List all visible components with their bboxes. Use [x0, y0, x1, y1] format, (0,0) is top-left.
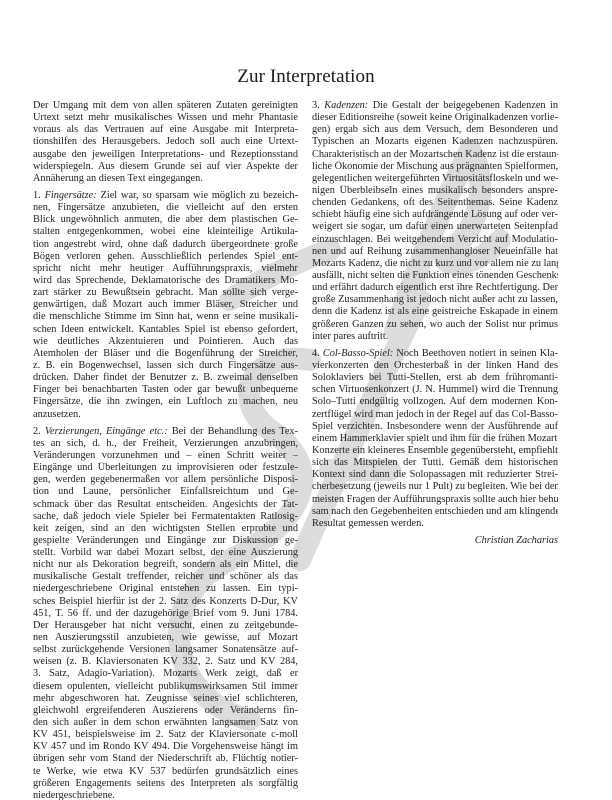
text-line: selbst zurückgehende Versionen langsamer… — [33, 644, 298, 656]
line-text: schen Ideen entwickelt. Kantables Spiel … — [33, 324, 298, 335]
line-text: KV 451, beispielsweise im 2. Satz der Kl… — [33, 729, 298, 740]
text-line: Kontext sind dann die Solopassagen mit r… — [312, 469, 558, 481]
line-text: Konzerte ein kleineres Ensemble gegenübe… — [312, 445, 558, 456]
line-text: Charakteristisch an der Mozartschen Kade… — [312, 149, 558, 160]
line-text: Fingersätze, die ihn zwingen, ein Luftlo… — [33, 396, 298, 407]
line-text: Der Herausgeber hat nicht versucht, eine… — [33, 620, 298, 631]
text-line: liche Ökonomie der Mischung aus prägnant… — [312, 161, 558, 173]
text-line: meisten Fragen der Aufführungspraxis sol… — [312, 494, 558, 506]
paragraph: 2. Verzierungen, Eingänge etc.: Bei der … — [33, 426, 298, 800]
line-text: Bei der Behandlung des Tex- — [168, 426, 298, 437]
paragraph: 1. Fingersätze: Ziel war, so sparsam wie… — [33, 190, 298, 421]
line-text: die menschliche Stimme im Sinn hat, wenn… — [33, 311, 298, 322]
text-line: diesem opulenten, vielleicht publikumswi… — [33, 681, 298, 693]
line-text: nen und auf Reihung zusammenhangloser Ne… — [312, 246, 558, 257]
text-line: die menschliche Stimme im Sinn hat, wenn… — [33, 311, 298, 323]
line-text: wie deutliches Akzentuieren und Pointier… — [33, 336, 298, 347]
text-line: weigert sie sogar, um dafür einen unerwa… — [312, 221, 558, 233]
line-text: große Zusammenhang ist jedoch nicht auße… — [312, 294, 558, 305]
line-text: gen, werden gegebenermaßen vor allem per… — [33, 474, 298, 485]
text-line: große Zusammenhang ist jedoch nicht auße… — [312, 294, 558, 306]
line-text: tes an sich, d. h., der Freiheit, Verzie… — [33, 438, 298, 449]
line-text: z. B. ein Bogenwechsel, lassen sich durc… — [33, 360, 298, 371]
line-text: chenden Gedankens, oft des Seitenthemas.… — [312, 197, 558, 208]
line-text: gleichwohl ergreifenderen Auszierens ode… — [33, 705, 298, 716]
line-text: Solo–Tutti endgültig vollzogen. Auf dem … — [312, 396, 558, 407]
line-text: gespielte Veränderungen und Eingänge zur… — [33, 535, 298, 546]
line-text: KV 457 und im Rondo KV 494. Die Vorgehen… — [33, 741, 298, 752]
line-text: niedergeschriebene Original entstehen zu… — [33, 583, 298, 594]
text-line: nicht nur als Dekoration begreift, sonde… — [33, 559, 298, 571]
text-line: wie deutliches Akzentuieren und Pointier… — [33, 336, 298, 348]
text-line: und erfährt dadurch eigentlich erst ihre… — [312, 282, 558, 294]
text-line: z. B. ein Bogenwechsel, lassen sich durc… — [33, 360, 298, 372]
text-line: den sich außer in dem schon erwähnten la… — [33, 717, 298, 729]
text-line: drücken. Daher findet der Benutzer z. B.… — [33, 372, 298, 384]
line-text: voraus als das Vertrauen auf eine Ausgab… — [33, 124, 298, 135]
text-line: Annäherung an diesen Text eingegangen. — [33, 173, 298, 185]
line-text: weigert sie sogar, um dafür einen unerwa… — [312, 221, 558, 232]
line-text: Bögen verloren gehen. Ausschließlich per… — [33, 251, 298, 262]
line-text: genwärtigen, daß Mozart auch immer Bläse… — [33, 299, 298, 310]
text-line: schiebt häufig eine sich aufdrängende Lö… — [312, 209, 558, 221]
line-text: Urtext setzt mehr musikalisches Wissen u… — [33, 112, 298, 123]
text-line: sich das Mitspielen der Tutti. Gemäß dem… — [312, 457, 558, 469]
line-text: tion angestrebt wird, ohne daß dadurch ü… — [33, 239, 298, 250]
line-text: Der Umgang mit dem von allen späteren Zu… — [33, 100, 298, 111]
text-line: Veränderungen vorzunehmen und – einen Sc… — [33, 450, 298, 462]
text-line: 3. Satz, Adagio-Variation). Mozarts Werk… — [33, 668, 298, 680]
line-text: drücken. Daher findet der Benutzer z. B.… — [33, 372, 298, 383]
text-line: nen und auf Reihung zusammenhangloser Ne… — [312, 246, 558, 258]
line-text: anzusetzen. — [33, 409, 81, 420]
line-text: schmack über das Resultat entscheiden. A… — [33, 499, 298, 510]
line-text: weisen (z. B. Klaviersonaten KV 332, 2. … — [33, 656, 298, 667]
text-line: anzusetzen. — [33, 409, 298, 421]
text-line: spricht nicht mehr heutiger Aufführungsp… — [33, 263, 298, 275]
line-text: sam nach den Gegebenheiten entschieden u… — [312, 506, 558, 517]
line-text: zertflügel wird man jedoch in der Regel … — [312, 409, 558, 420]
line-text: vierkonzerten den Orchesterbaß in der li… — [312, 360, 558, 371]
text-line: tion und Laune, persönlicher Einfallsrei… — [33, 486, 298, 498]
line-text: sches Beispiel hierfür ist der 2. Satz d… — [33, 596, 298, 607]
line-text: Kontext sind dann die Solopassagen mit r… — [312, 469, 558, 480]
line-text: Die Gestalt der beigegebenen Kadenzen in — [368, 100, 558, 111]
line-text: und erfährt dadurch eigentlich erst ihre… — [312, 282, 558, 293]
text-line: voraus als das Vertrauen auf eine Ausgab… — [33, 124, 298, 136]
text-line: mehr abgeschworen hat. Zeugnisse seines … — [33, 693, 298, 705]
text-line: Urtext setzt mehr musikalisches Wissen u… — [33, 112, 298, 124]
text-line: stalten entgegenkommen, wobei eine klein… — [33, 226, 298, 238]
line-text: nicht nur als Dekoration begreift, sonde… — [33, 559, 298, 570]
text-line: 2. Verzierungen, Eingänge etc.: Bei der … — [33, 426, 298, 438]
text-line: sache, daß jedoch viele Spieler bei Ferm… — [33, 511, 298, 523]
line-text: gen) ergab sich aus dem Versuch, dem Bes… — [312, 124, 558, 135]
line-text: sache, daß jedoch viele Spieler bei Ferm… — [33, 511, 298, 522]
text-line: stellt. Vorbild war dabei Mozart selbst,… — [33, 547, 298, 559]
section-number: 1. — [33, 190, 45, 201]
text-line: ausfällt, nicht selten die Funktion eine… — [312, 270, 558, 282]
text-line: KV 457 und im Rondo KV 494. Die Vorgehen… — [33, 741, 298, 753]
page-title: Zur Interpretation — [0, 66, 612, 88]
text-line: cherbesetzung (jeweils nur 1 Pult) zu be… — [312, 481, 558, 493]
section-number: 2. — [33, 426, 45, 437]
line-text: Atemholen der Bläser und die Bogenführun… — [33, 348, 298, 359]
text-line: größeren Engagements seitens des Interpr… — [33, 778, 298, 790]
text-line: KV 451, beispielsweise im 2. Satz der Kl… — [33, 729, 298, 741]
section-heading: Kadenzen: — [324, 100, 368, 111]
line-text: cherbesetzung (jeweils nur 1 Pult) zu be… — [312, 481, 558, 492]
text-line: weisen (z. B. Klaviersonaten KV 332, 2. … — [33, 656, 298, 668]
line-text: dieser Editionsreihe (soweit keine Origi… — [312, 112, 558, 123]
line-text: inter pares auftritt. — [312, 331, 388, 342]
text-line: größeren Ganzen zu sehen, wo auch der So… — [312, 319, 558, 331]
text-line: Spiel verzichten. Insbesondere wenn der … — [312, 421, 558, 433]
line-text: stellt. Vorbild war dabei Mozart selbst,… — [33, 547, 298, 558]
line-text: nen, Fingersätze anzubieten, die viellei… — [33, 202, 298, 213]
line-text: niedergeschriebene. — [33, 790, 115, 800]
text-line: zertflügel wird man jedoch in der Regel … — [312, 409, 558, 421]
line-text: Typischen an Mozarts eigenen Kadenzen na… — [312, 136, 558, 147]
line-text: Mozarts Kadenz, die nicht zu kurz und vo… — [312, 258, 558, 269]
text-line: dieser Editionsreihe (soweit keine Origi… — [312, 112, 558, 124]
text-line: Blick ungewöhnlich anmuten, die aber dem… — [33, 214, 298, 226]
text-line: Fingersätze, die ihn zwingen, ein Luftlo… — [33, 396, 298, 408]
line-text: Soloklaviers bei Tutti-Stellen, erst ab … — [312, 372, 558, 383]
text-line: keit zeigen, sind an den wichtigsten Ste… — [33, 523, 298, 535]
text-line: schmack über das Resultat entscheiden. A… — [33, 499, 298, 511]
line-text: spricht nicht mehr heutiger Aufführungsp… — [33, 263, 298, 274]
line-text: Noch Beethoven notiert in seinen Kla- — [393, 348, 558, 359]
line-text: schen Virtuosenkonzert (J. N. Hummel) wi… — [312, 384, 558, 395]
text-line: Bögen verloren gehen. Ausschließlich per… — [33, 251, 298, 263]
text-line: gelegentlichen weitergeführten Virtuosit… — [312, 173, 558, 185]
line-text: Finger bei benachbarten Tasten oder gar … — [33, 384, 298, 395]
text-line: 451, T. 56 ff. und der dazugehörige Brie… — [33, 608, 298, 620]
section-heading: Verzierungen, Eingänge etc.: — [45, 426, 168, 437]
line-text: ausgabe den jeweiligen Interpretations- … — [33, 149, 298, 160]
line-text: 3. Satz, Adagio-Variation). Mozarts Werk… — [33, 668, 298, 679]
text-line: Soloklaviers bei Tutti-Stellen, erst ab … — [312, 372, 558, 384]
line-text: einem Hammerklavier spielt und ihm für d… — [312, 433, 558, 444]
text-line: tionshilfen des Herausgebers. Jedoch sol… — [33, 136, 298, 148]
text-line: vierkonzerten den Orchesterbaß in der li… — [312, 360, 558, 372]
line-text: Eingänge und Überleitungen zu improvisie… — [33, 462, 298, 473]
text-line: Der Umgang mit dem von allen späteren Zu… — [33, 100, 298, 112]
text-line: gen, werden gegebenermaßen vor allem per… — [33, 474, 298, 486]
text-line: genwärtigen, daß Mozart auch immer Bläse… — [33, 299, 298, 311]
text-line: gen) ergab sich aus dem Versuch, dem Bes… — [312, 124, 558, 136]
paragraph: Der Umgang mit dem von allen späteren Zu… — [33, 100, 298, 185]
text-line: nen Auszierungsstil anzubieten, wie gewi… — [33, 632, 298, 644]
text-line: widerspiegeln. Aus diesem Grunde sei auf… — [33, 161, 298, 173]
line-text: stalten entgegenkommen, wobei eine klein… — [33, 226, 298, 237]
line-text: widerspiegeln. Aus diesem Grunde sei auf… — [33, 161, 298, 172]
section-heading: Fingersätze: — [45, 190, 97, 201]
line-text: größeren Ganzen zu sehen, wo auch der So… — [312, 319, 558, 330]
text-line: wird das Sprechende, Deklamatorische des… — [33, 275, 298, 287]
line-text: te Werke, wie etwa KV 537 bedürfen grund… — [33, 766, 298, 777]
line-text: Ziel war, so sparsam wie möglich zu beze… — [97, 190, 298, 201]
line-text: übrigen sehr vom Stand der Niederschrift… — [33, 753, 298, 764]
text-line: gespielte Veränderungen und Eingänge zur… — [33, 535, 298, 547]
text-line: Typischen an Mozarts eigenen Kadenzen na… — [312, 136, 558, 148]
line-text: den sich außer in dem schon erwähnten la… — [33, 717, 298, 728]
text-line: sam nach den Gegebenheiten entschieden u… — [312, 506, 558, 518]
text-line: Eingänge und Überleitungen zu improvisie… — [33, 462, 298, 474]
text-line: inter pares auftritt. — [312, 331, 558, 343]
line-text: keit zeigen, sind an den wichtigsten Ste… — [33, 523, 298, 534]
line-text: Resultat gemessen werden. — [312, 518, 424, 529]
line-text: tion und Laune, persönlicher Einfallsrei… — [33, 486, 298, 497]
text-line: 4. Col-Basso-Spiel: Noch Beethoven notie… — [312, 348, 558, 360]
line-text: nigen Überbleibseln eines musikalisch be… — [312, 185, 558, 196]
line-text: denn die Kadenz ist als eine geistreiche… — [312, 306, 558, 317]
text-line: Atemholen der Bläser und die Bogenführun… — [33, 348, 298, 360]
line-text: einzuschlagen. Bei weitgehendem Verzicht… — [312, 234, 558, 245]
text-line: niedergeschriebene Original entstehen zu… — [33, 583, 298, 595]
line-text: größeren Engagements seitens des Interpr… — [33, 778, 298, 789]
line-text: selbst zurückgehende Versionen langsamer… — [33, 644, 298, 655]
section-heading: Col-Basso-Spiel: — [323, 348, 393, 359]
section-number: 4. — [312, 348, 323, 359]
text-line: musikalische Gestalt treffender, reicher… — [33, 571, 298, 583]
line-text: wird das Sprechende, Deklamatorische des… — [33, 275, 298, 286]
text-line: Solo–Tutti endgültig vollzogen. Auf dem … — [312, 396, 558, 408]
text-line: chenden Gedankens, oft des Seitenthemas.… — [312, 197, 558, 209]
line-text: Spiel verzichten. Insbesondere wenn der … — [312, 421, 558, 432]
line-text: Blick ungewöhnlich anmuten, die aber dem… — [33, 214, 298, 225]
text-line: niedergeschriebene. — [33, 790, 298, 800]
line-text: ausfällt, nicht selten die Funktion eine… — [312, 270, 558, 281]
line-text: sich das Mitspielen der Tutti. Gemäß dem… — [312, 457, 558, 468]
right-column: 3. Kadenzen: Die Gestalt der beigegebene… — [312, 100, 558, 547]
line-text: meisten Fragen der Aufführungspraxis sol… — [312, 494, 558, 505]
text-line: nen, Fingersätze anzubieten, die viellei… — [33, 202, 298, 214]
text-line: nigen Überbleibseln eines musikalisch be… — [312, 185, 558, 197]
line-text: diesem opulenten, vielleicht publikumswi… — [33, 681, 298, 692]
document-page: Zur Interpretation Der Umgang mit dem vo… — [0, 0, 612, 800]
line-text: gelegentlichen weitergeführten Virtuosit… — [312, 173, 558, 184]
text-line: ausgabe den jeweiligen Interpretations- … — [33, 149, 298, 161]
text-line: tes an sich, d. h., der Freiheit, Verzie… — [33, 438, 298, 450]
text-line: 1. Fingersätze: Ziel war, so sparsam wie… — [33, 190, 298, 202]
text-line: Konzerte ein kleineres Ensemble gegenübe… — [312, 445, 558, 457]
text-line: gleichwohl ergreifenderen Auszierens ode… — [33, 705, 298, 717]
text-line: einem Hammerklavier spielt und ihm für d… — [312, 433, 558, 445]
text-line: übrigen sehr vom Stand der Niederschrift… — [33, 753, 298, 765]
text-line: einzuschlagen. Bei weitgehendem Verzicht… — [312, 234, 558, 246]
text-line: denn die Kadenz ist als eine geistreiche… — [312, 306, 558, 318]
line-text: musikalische Gestalt treffender, reicher… — [33, 571, 298, 582]
text-line: zart stärker zu Bewußtsein gebracht. Man… — [33, 287, 298, 299]
text-line: schen Ideen entwickelt. Kantables Spiel … — [33, 324, 298, 336]
paragraph: 4. Col-Basso-Spiel: Noch Beethoven notie… — [312, 348, 558, 530]
paragraph: 3. Kadenzen: Die Gestalt der beigegebene… — [312, 100, 558, 343]
text-line: sches Beispiel hierfür ist der 2. Satz d… — [33, 596, 298, 608]
section-number: 3. — [312, 100, 324, 111]
left-column: Der Umgang mit dem von allen späteren Zu… — [33, 100, 298, 800]
line-text: Veränderungen vorzunehmen und – einen Sc… — [33, 450, 298, 461]
line-text: nen Auszierungsstil anzubieten, wie gewi… — [33, 632, 298, 643]
text-line: Der Herausgeber hat nicht versucht, eine… — [33, 620, 298, 632]
line-text: schiebt häufig eine sich aufdrängende Lö… — [312, 209, 558, 220]
text-line: Mozarts Kadenz, die nicht zu kurz und vo… — [312, 258, 558, 270]
text-line: 3. Kadenzen: Die Gestalt der beigegebene… — [312, 100, 558, 112]
line-text: mehr abgeschworen hat. Zeugnisse seines … — [33, 693, 298, 704]
line-text: liche Ökonomie der Mischung aus prägnant… — [312, 161, 558, 172]
line-text: Annäherung an diesen Text eingegangen. — [33, 173, 203, 184]
text-line: schen Virtuosenkonzert (J. N. Hummel) wi… — [312, 384, 558, 396]
text-line: te Werke, wie etwa KV 537 bedürfen grund… — [33, 766, 298, 778]
text-line: tion angestrebt wird, ohne daß dadurch ü… — [33, 239, 298, 251]
text-line: Charakteristisch an der Mozartschen Kade… — [312, 149, 558, 161]
line-text: 451, T. 56 ff. und der dazugehörige Brie… — [33, 608, 298, 619]
text-line: Finger bei benachbarten Tasten oder gar … — [33, 384, 298, 396]
line-text: tionshilfen des Herausgebers. Jedoch sol… — [33, 136, 298, 147]
line-text: zart stärker zu Bewußtsein gebracht. Man… — [33, 287, 298, 298]
text-line: Resultat gemessen werden. — [312, 518, 558, 530]
author-signature: Christian Zacharias — [312, 535, 558, 547]
